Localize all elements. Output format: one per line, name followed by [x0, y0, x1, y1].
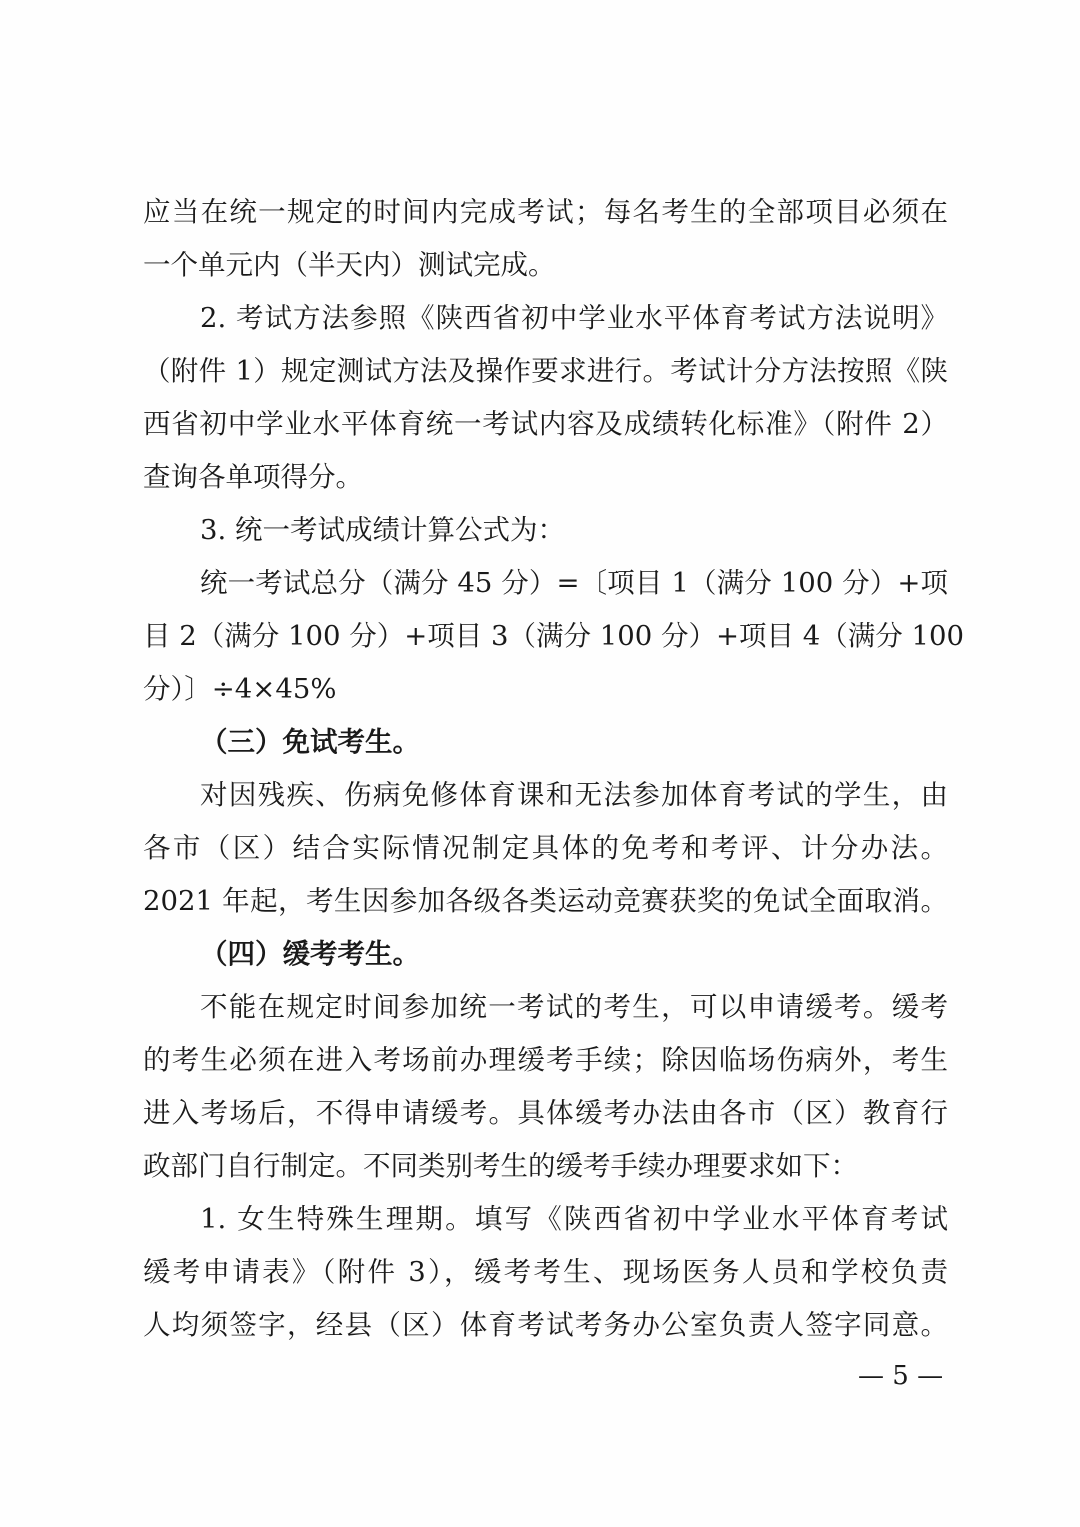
body-text-line: 进入考场后，不得申请缓考。具体缓考办法由各市（区）教育行: [143, 1095, 948, 1131]
page-number: — 5 —: [858, 1358, 943, 1394]
section-heading-exempt: （三）免试考生。: [200, 724, 948, 760]
formula-line: 分）〕÷4×45%: [143, 671, 948, 707]
document-page: 应当在统一规定的时间内完成考试；每名考生的全部项目必须在 一个单元内（半天内）测…: [0, 0, 1080, 1527]
formula-line: 目 2（满分 100 分）+项目 3（满分 100 分）+项目 4（满分 100: [143, 618, 948, 654]
list-item-2-line: 2. 考试方法参照《陕西省初中学业水平体育考试方法说明》: [200, 300, 948, 336]
list-item-1-line: 1. 女生特殊生理期。填写《陕西省初中学业水平体育考试: [200, 1201, 948, 1237]
body-text-line: 2021 年起，考生因参加各级各类运动竞赛获奖的免试全面取消。: [143, 883, 948, 919]
body-text-line: 的考生必须在进入考场前办理缓考手续；除因临场伤病外，考生: [143, 1042, 948, 1078]
list-item-3-line: 3. 统一考试成绩计算公式为：: [200, 512, 948, 548]
body-text-line: 各市（区）结合实际情况制定具体的免考和考评、计分办法。: [143, 830, 948, 866]
body-text-line: 西省初中学业水平体育统一考试内容及成绩转化标准》（附件 2）: [143, 406, 948, 442]
body-text-line: 对因残疾、伤病免修体育课和无法参加体育考试的学生，由: [200, 777, 948, 813]
body-text-line: 不能在规定时间参加统一考试的考生，可以申请缓考。缓考: [200, 989, 948, 1025]
body-text-line: 一个单元内（半天内）测试完成。: [143, 247, 948, 283]
body-text-line: 缓考申请表》（附件 3），缓考考生、现场医务人员和学校负责: [143, 1254, 948, 1290]
body-text-line: 应当在统一规定的时间内完成考试；每名考生的全部项目必须在: [143, 194, 948, 230]
formula-line: 统一考试总分（满分 45 分）=〔项目 1（满分 100 分）+项: [200, 565, 948, 601]
body-text-line: （附件 1）规定测试方法及操作要求进行。考试计分方法按照《陕: [143, 353, 948, 389]
section-heading-deferred: （四）缓考考生。: [200, 936, 948, 972]
body-text-line: 政部门自行制定。不同类别考生的缓考手续办理要求如下：: [143, 1148, 948, 1184]
body-text-line: 查询各单项得分。: [143, 459, 948, 495]
body-text-line: 人均须签字，经县（区）体育考试考务办公室负责人签字同意。: [143, 1307, 948, 1343]
